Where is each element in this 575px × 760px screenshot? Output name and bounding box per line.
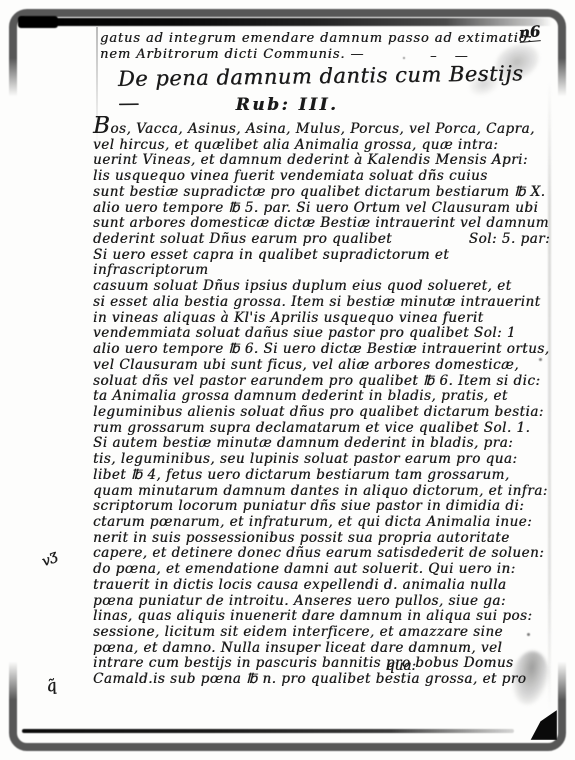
body-line: linas, quas aliquis inuenerit dare damnu… <box>93 609 553 625</box>
body-line: sessione, licitum sit eidem interficere,… <box>93 625 553 641</box>
body-line: trauerit in dictis locis causa expellend… <box>93 578 553 594</box>
body-line: in vineas aliquas à Kl'is Aprilis usqueq… <box>93 311 553 327</box>
marginal-mark-2: q̃ <box>44 675 58 696</box>
page-top-edge-shadow <box>20 18 552 26</box>
page-bottom-edge-shadow <box>22 729 514 733</box>
marginal-mark-1: vƷ <box>40 550 60 570</box>
body-line: lis usquequo vinea fuerit vendemiata sol… <box>93 169 553 185</box>
body-line: intrare cum bestijs in pascuris bannitis… <box>93 656 553 672</box>
manuscript-page: n6 – — gatus ad integrum emendare damnum… <box>18 17 556 743</box>
body-line: scriptorum locorum puniatur dñs siue pas… <box>93 499 553 515</box>
body-line: libet ℔ 4, fetus uero dictarum bestiarum… <box>93 468 553 484</box>
body-line: ta Animalia grossa damnum dederint in bl… <box>93 389 553 405</box>
body-line: uerint Vineas, et damnum dederint à Kale… <box>93 153 553 169</box>
body-line: leguminibus alienis soluat dñus pro qual… <box>93 405 553 421</box>
body-line: si esset alia bestia grossa. Item si bes… <box>93 295 553 311</box>
body-line: Si uero esset capra in qualibet supradic… <box>93 248 553 279</box>
body-line: nerit in suis possessionibus possit sua … <box>93 531 553 547</box>
catchword: qua: <box>386 658 416 674</box>
scan-corner-artifact <box>527 710 557 740</box>
body-line: quam minutarum damnum dantes in aliquo d… <box>93 484 553 500</box>
body-line: ctarum pœnarum, et infraturum, et qui di… <box>93 515 553 531</box>
body-line: vel Clausuram ubi sunt ficus, vel aliæ a… <box>93 358 553 374</box>
body-line: casuum soluat Dñus ipsius duplum eius qu… <box>93 279 553 295</box>
body-line: pœna, et damno. Nulla insuper liceat dar… <box>93 641 553 657</box>
body-line: tis, leguminibus, seu lupinis soluat pas… <box>93 452 553 468</box>
body-text: Bos, Vacca, Asinus, Asina, Mulus, Porcus… <box>93 119 553 688</box>
body-line: alio uero tempore ℔ 6. Si uero dictæ Bes… <box>93 342 553 358</box>
body-line: vendemmiata soluat dañus siue pastor pro… <box>93 326 553 342</box>
body-line: rum grossarum supra declamatarum et vice… <box>93 421 553 437</box>
body-line: pœna puniatur de introitu. Anseres uero … <box>93 594 553 610</box>
body-line: capere, et detinere donec dñus earum sat… <box>93 546 553 562</box>
body-line: dederint soluat Dñus earum pro qualibet … <box>93 232 553 248</box>
body-line: sunt bestiæ supradictæ pro qualibet dict… <box>93 185 553 201</box>
body-line: do pœna, et emendatione damni aut soluer… <box>93 562 553 578</box>
body-line: Bos, Vacca, Asinus, Asina, Mulus, Porcus… <box>93 119 553 138</box>
frame-side-fade-right <box>553 58 575 700</box>
body-line: Si autem bestiæ minutæ damnum dederint i… <box>93 436 553 452</box>
continuation-line: nem Arbitrorum dicti Communis. — <box>100 47 546 63</box>
body-line: soluat dñs vel pastor earundem pro quali… <box>93 374 553 390</box>
body-line: Camald.is sub pœna ℔ n. pro qualibet bes… <box>93 672 553 688</box>
body-line: vel hircus, et quælibet alia Animalia gr… <box>93 138 553 154</box>
body-line: sunt arbores domesticæ dictæ Bestiæ intr… <box>93 216 553 232</box>
continuation-line: gatus ad integrum emendare damnum passo … <box>100 31 546 47</box>
rubric-heading: Rub: III. <box>18 95 556 115</box>
body-line: alio uero tempore ℔ 5. par. Si uero Ortu… <box>93 201 553 217</box>
continuation-paragraph: gatus ad integrum emendare damnum passo … <box>100 31 546 62</box>
